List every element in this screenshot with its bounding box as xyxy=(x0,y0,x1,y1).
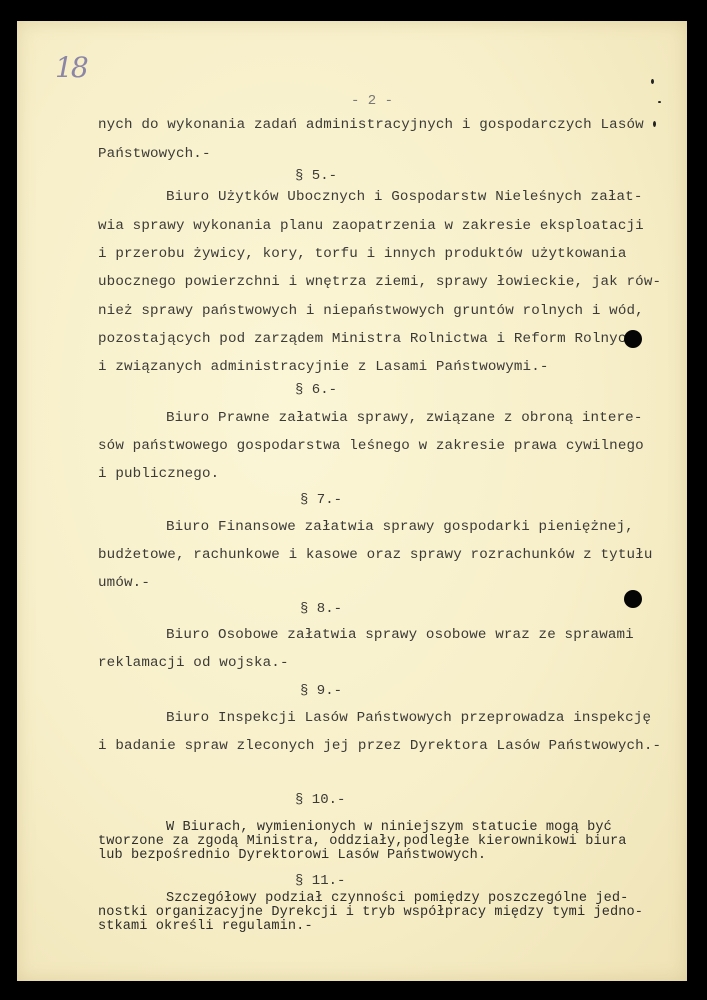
text-line: lub bezpośrednio Dyrektorowi Lasów Państ… xyxy=(98,848,486,863)
text-line: nież sprawy państwowych i niepaństwowych… xyxy=(98,303,644,319)
typed-page-number: - 2 - xyxy=(17,93,687,109)
text-line: i przerobu żywicy, kory, torfu i innych … xyxy=(98,246,627,262)
section-heading: § 10.- xyxy=(295,792,345,808)
text-line: nych do wykonania zadań administracyjnyc… xyxy=(98,117,644,133)
text-line: Biuro Prawne załatwia sprawy, związane z… xyxy=(166,410,643,426)
text-line: Państwowych.- xyxy=(98,146,211,162)
section-heading: § 11.- xyxy=(295,873,345,889)
text-line: Biuro Użytków Ubocznych i Gospodarstw Ni… xyxy=(166,189,643,205)
text-line: nostki organizacyjne Dyrekcji i tryb wsp… xyxy=(98,905,643,920)
section-heading: § 8.- xyxy=(300,601,342,617)
text-line: Biuro Inspekcji Lasów Państwowych przepr… xyxy=(166,710,651,726)
text-line: i badanie spraw zleconych jej przez Dyre… xyxy=(98,738,661,754)
text-line: pozostających pod zarządem Ministra Roln… xyxy=(98,331,635,347)
handwritten-page-number: 18 xyxy=(55,51,87,84)
section-heading: § 6.- xyxy=(295,382,337,398)
text-line: W Biurach, wymienionych w niniejszym sta… xyxy=(166,820,612,835)
text-line: tworzone za zgodą Ministra, oddziały,pod… xyxy=(98,834,626,849)
text-line: reklamacji od wojska.- xyxy=(98,655,289,671)
section-heading: § 7.- xyxy=(300,492,342,508)
ink-speck xyxy=(651,79,654,84)
ink-speck xyxy=(653,121,656,127)
text-line: wia sprawy wykonania planu zaopatrzenia … xyxy=(98,218,644,234)
text-line: ubocznego powierzchni i wnętrza ziemi, s… xyxy=(98,274,661,290)
section-heading: § 9.- xyxy=(300,683,342,699)
ink-speck xyxy=(658,101,661,103)
text-line: Szczegółowy podział czynności pomiędzy p… xyxy=(166,891,628,906)
text-line: Biuro Finansowe załatwia sprawy gospodar… xyxy=(166,519,634,535)
text-line: stkami określi regulamin.- xyxy=(98,919,313,934)
text-line: i publicznego. xyxy=(98,466,219,482)
punch-hole xyxy=(624,330,642,348)
text-line: sów państwowego gospodarstwa leśnego w z… xyxy=(98,438,644,454)
text-line: budżetowe, rachunkowe i kasowe oraz spra… xyxy=(98,547,653,563)
document-page: 18 - 2 - nych do wykonania zadań adminis… xyxy=(17,21,687,981)
text-line: Biuro Osobowe załatwia sprawy osobowe wr… xyxy=(166,627,634,643)
text-line: i związanych administracyjnie z Lasami P… xyxy=(98,359,549,375)
punch-hole xyxy=(624,590,642,608)
section-heading: § 5.- xyxy=(295,168,337,184)
text-line: umów.- xyxy=(98,575,150,591)
